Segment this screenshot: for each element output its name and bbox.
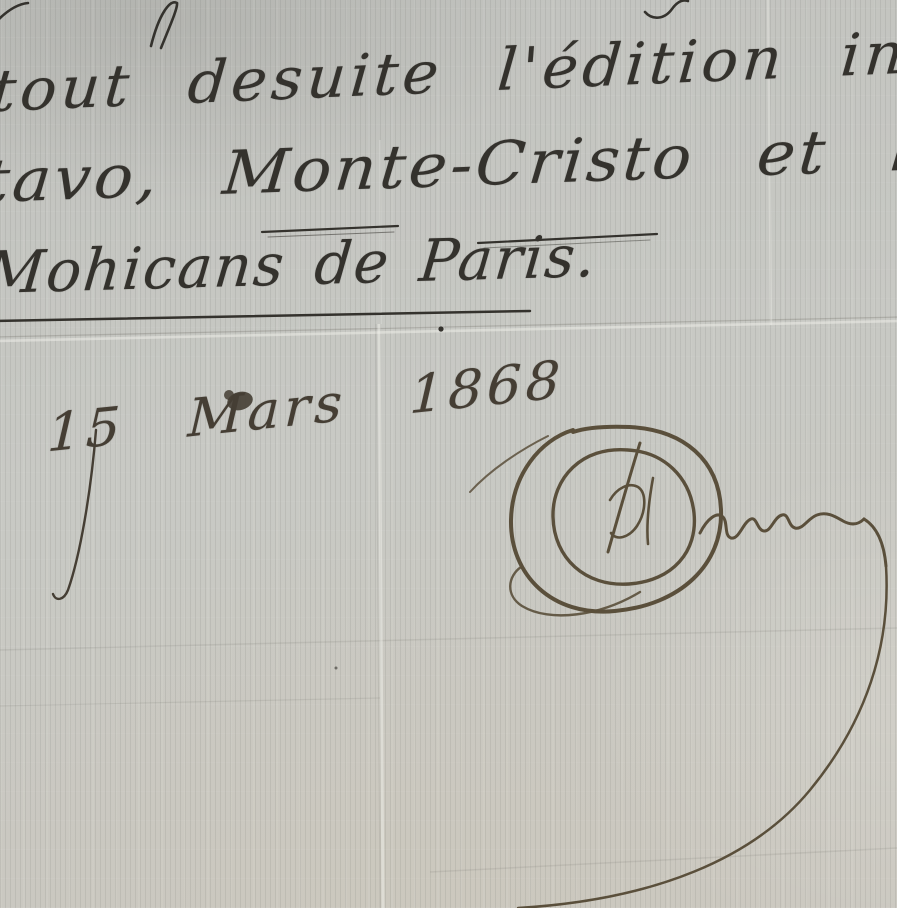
ink-dot-below-underline	[438, 326, 443, 331]
manuscript-photo: tout desuite l'édition in- tavo, Monte-C…	[0, 0, 897, 908]
fold-crease-horizontal-main	[0, 317, 897, 337]
fold-crease-horizontal-2	[0, 628, 897, 650]
underline-mohicans-de-paris	[0, 311, 530, 321]
signature-leadin-hairline	[470, 436, 548, 492]
fold-crease-horizontal-3	[0, 698, 380, 706]
stroke-fragment-top-left	[0, 3, 28, 20]
signature-end-hook	[864, 519, 886, 566]
stroke-fragment-top-right	[645, 0, 688, 17]
fold-crease-horizontal-main-light	[0, 321, 897, 341]
handwriting-line-3: Mohicans de Paris.	[0, 227, 600, 302]
handwriting-line-1: tout desuite l'édition in-	[0, 23, 897, 121]
date-line: 15 Mars 1868	[46, 354, 565, 461]
fold-crease-horizontal-4	[430, 848, 897, 872]
stroke-fragment-top-center	[151, 2, 177, 48]
handwriting-line-2: tavo, Monte-Cristo et les	[0, 117, 897, 212]
ink-speck	[335, 667, 338, 670]
